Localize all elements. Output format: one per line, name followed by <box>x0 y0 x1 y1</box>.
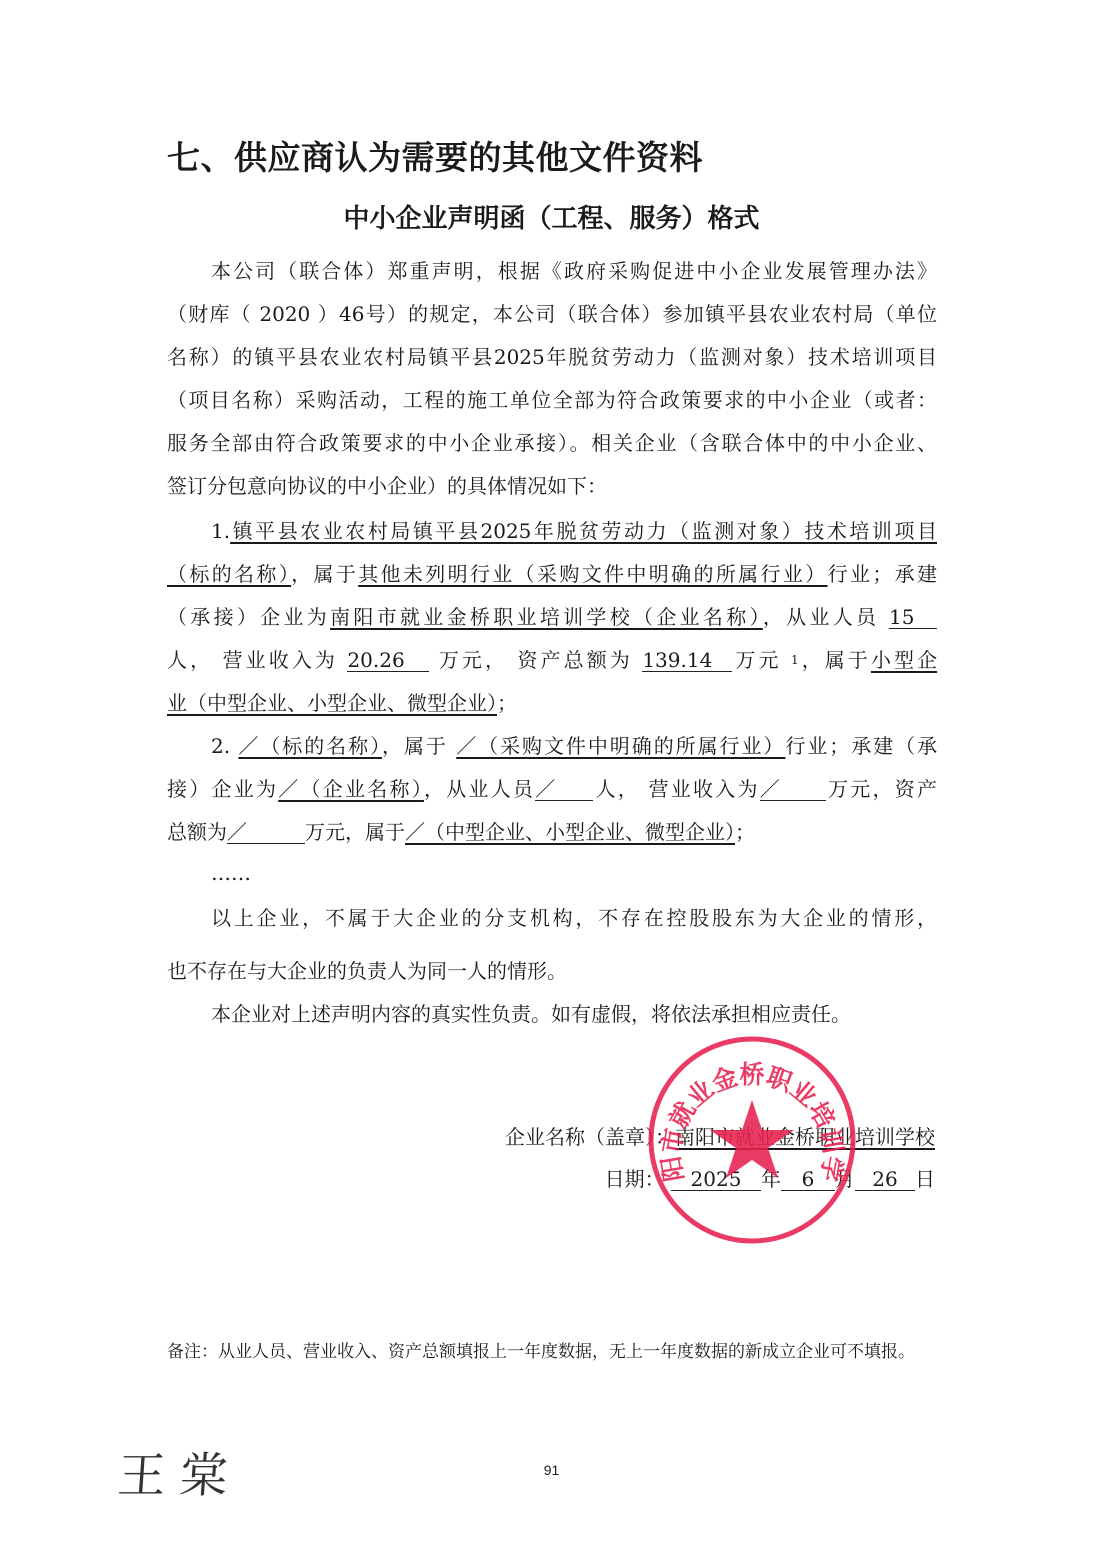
svg-text:南阳市就业金桥职业培训学校: 南阳市就业金桥职业培训学校 <box>646 1034 848 1184</box>
intro-line: 名称）的镇平县农业农村局镇平县2025年脱贫劳动力（监测对象）技术培训项目 <box>167 344 937 370</box>
footnote-remark: 备注：从业人员、营业收入、资产总额填报上一年度数据，无上一年度数据的新成立企业可… <box>167 1340 937 1364</box>
text: ； <box>497 691 517 715</box>
item1-line4: 人， 营业收入为 20.26 万元， 资产总额为 139.14万元 1，属于小型… <box>167 647 937 673</box>
text: 营业收入为 <box>223 648 338 672</box>
assets-value: ／ <box>227 821 305 844</box>
industry: 其他未列明行业（采购文件中明确的所属行业） <box>358 562 827 586</box>
ellipsis: …… <box>167 860 937 886</box>
responsibility-statement: 本企业对上述声明内容的真实性负责。如有虚假，将依法承担相应责任。 <box>167 1001 937 1027</box>
intro-line: 服务全部由符合政策要求的中小企业承接）。相关企业（含联合体中的中小企业、 <box>167 430 937 456</box>
text: ； <box>735 820 755 844</box>
subject-name: 镇平县农业农村局镇平县2025年脱贫劳动力（监测对象）技术培训项目 <box>230 519 937 543</box>
assets-value: 139.14 <box>642 649 732 672</box>
employees-value: 15 <box>889 606 937 629</box>
enterprise-size-cont: 业（中型企业、小型企业、微型企业） <box>167 691 497 715</box>
text: ，属于 <box>291 562 358 586</box>
date-label: 日期： <box>605 1167 665 1191</box>
note-label: 备注： <box>167 1342 218 1362</box>
industry: ／（采购文件中明确的所属行业） <box>456 734 785 758</box>
text: 年 <box>761 1167 781 1191</box>
item1-line3: （承接）企业为南阳市就业金桥职业培训学校（企业名称），从业人员 15 <box>167 604 937 630</box>
form-title: 中小企业声明函（工程、服务）格式 <box>0 198 1103 235</box>
text: 人， <box>593 777 640 801</box>
text: 资产总额为 <box>518 648 633 672</box>
intro-line: 签订分包意向协议的中小企业）的具体情况如下： <box>167 473 937 499</box>
date-month: 6 <box>781 1168 835 1191</box>
company-label: 企业名称（盖章）： <box>505 1125 675 1149</box>
text: ，从业人员 <box>763 605 880 629</box>
signature-company-name: 南阳市就业金桥职业培训学校 <box>675 1125 935 1149</box>
subject-name: ／（标的名称） <box>238 734 382 758</box>
intro-line: 本公司（联合体）郑重声明，根据《政府采购促进中小企业发展管理办法》 <box>167 258 937 284</box>
section-title: 七、供应商认为需要的其他文件资料 <box>167 132 703 179</box>
company-name: 南阳市就业金桥职业培训学校（企业名称） <box>330 605 763 629</box>
text: 日 <box>915 1167 935 1191</box>
page-number: 91 <box>0 1462 1103 1478</box>
statement-line1: 以上企业，不属于大企业的分支机构，不存在控股股东为大企业的情形， <box>167 905 937 931</box>
item1-line5: 业（中型企业、小型企业、微型企业）； <box>167 690 937 716</box>
text: 行业；承建 <box>828 562 937 586</box>
enterprise-size: ／（中型企业、小型企业、微型企业） <box>405 820 735 844</box>
item-number: 1. <box>211 519 230 543</box>
date-day: 26 <box>855 1168 915 1191</box>
item-number: 2. <box>211 734 230 758</box>
text: 人， <box>167 648 213 672</box>
item1-line2: （标的名称），属于其他未列明行业（采购文件中明确的所属行业）行业；承建 <box>167 561 937 587</box>
revenue-value: ／ <box>760 778 826 801</box>
text: 万元，属于 <box>305 820 405 844</box>
text: 万元， <box>439 648 508 672</box>
text: 月 <box>835 1167 855 1191</box>
text: 营业收入为 <box>649 777 760 801</box>
text: 接）企业为 <box>167 777 278 801</box>
signature-company-row: 企业名称（盖章）：南阳市就业金桥职业培训学校 <box>505 1121 935 1150</box>
text: ，属于 <box>799 648 871 672</box>
text: 总额为 <box>167 820 227 844</box>
employees-value: ／ <box>535 778 593 801</box>
text: 万元 <box>732 648 781 672</box>
footnote-marker: 1 <box>791 653 799 667</box>
text: （承接）企业为 <box>167 605 330 629</box>
text: ，属于 <box>382 734 448 758</box>
item1-line1: 1.镇平县农业农村局镇平县2025年脱贫劳动力（监测对象）技术培训项目 <box>167 518 937 544</box>
note-text: 从业人员、营业收入、资产总额填报上一年度数据，无上一年度数据的新成立企业可不填报… <box>218 1342 915 1362</box>
text: 万元，资产 <box>826 777 937 801</box>
company-name: ／（企业名称） <box>278 777 424 801</box>
item2-line3: 总额为／万元，属于／（中型企业、小型企业、微型企业）； <box>167 819 937 845</box>
date-year: 2025 <box>671 1168 761 1191</box>
seal-text: 南阳市就业金桥职业培训学校 <box>646 1034 848 1184</box>
intro-line: （财库（ 2020 ）46号）的规定，本公司（联合体）参加镇平县农业农村局（单位 <box>167 301 937 327</box>
statement-line2: 也不存在与大企业的负责人为同一人的情形。 <box>167 958 937 984</box>
enterprise-size: 小型企 <box>871 648 937 672</box>
revenue-value: 20.26 <box>347 649 429 672</box>
item2-line1: 2. ／（标的名称），属于 ／（采购文件中明确的所属行业）行业；承建（承 <box>167 733 937 759</box>
intro-line: （项目名称）采购活动，工程的施工单位全部为符合政策要求的中小企业（或者： <box>167 387 937 413</box>
text: 行业；承建（承 <box>785 734 937 758</box>
signature-date-row: 日期： 2025年6月26日 <box>605 1163 935 1192</box>
item2-line2: 接）企业为／（企业名称），从业人员／人， 营业收入为／万元，资产 <box>167 776 937 802</box>
subject-label: （标的名称） <box>167 562 291 586</box>
text: ，从业人员 <box>424 777 535 801</box>
